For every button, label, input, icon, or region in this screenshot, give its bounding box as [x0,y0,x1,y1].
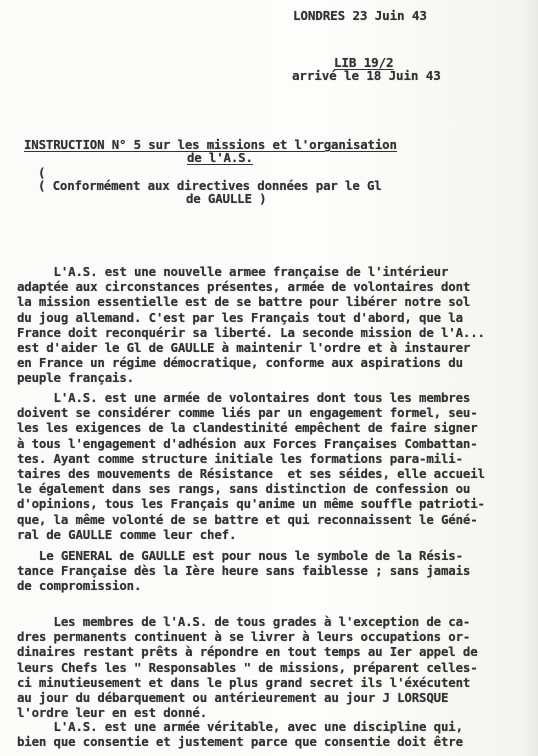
paragraph-2-line: les les exigences de la clandestinité em… [17,420,478,435]
paragraph-5-line: bien que consentie et justement parce qu… [17,734,463,749]
paragraph-4-line: Les membres de l'A.S. de tous grades à l… [17,614,470,629]
paragraph-1-line: peuple français. [17,370,134,385]
paragraph-1-line: la mission essentielle est de se battre … [17,294,470,309]
paragraph-1-line: du joug allemand. C'est par les Français… [17,310,463,325]
paragraph-4-line: leurs Chefs les " Responsables " de miss… [17,660,478,675]
paragraph-1-line: L'A.S. est une nouvelle armee française … [17,264,448,279]
paragraph-4-line: l'ordre leur en est donné. [17,705,207,720]
place-date: LONDRES 23 Juin 43 [293,8,427,23]
paragraph-1-line: France doit reconquérir sa liberté. La s… [17,325,485,340]
paragraph-3-line: de compromission. [17,578,141,593]
paragraph-2-line: que, la même volonté de se battre et qui… [17,512,478,527]
paragraph-1-line: adaptée aux circonstances présentes, arm… [17,279,470,294]
paragraph-2-line: le également dans ses rangs, sans distin… [17,481,470,496]
paragraph-2-line: d'opinions, tous les Français qu'anime u… [17,496,485,511]
paragraph-4-line: dinaires restant prêts à répondre en tou… [17,644,478,659]
paragraph-2-line: ral de GAULLE comme leur chef. [17,527,236,542]
paragraph-2-line: à tous l'engagement d'adhésion aux Force… [17,436,478,451]
paragraph-2-line: L'A.S. est une armée de volontaires dont… [17,390,470,405]
paragraph-3-line: Le GENERAL de GAULLE est pour nous le sy… [17,548,463,563]
paragraph-1-line: est d'aider le Gl de GAULLE à maintenir … [17,340,470,355]
paragraph-4-line: au jour du débarquement ou antérieuremen… [17,690,448,705]
received-date: arrivé le 18 Juin 43 [292,68,441,83]
paragraph-5-line: L'A.S. est une armée véritable, avec une… [17,719,463,734]
document-page: LONDRES 23 Juin 43 LIB 19/2 arrivé le 18… [0,0,538,756]
paragraph-2-line: tes. Ayant comme structure initiale les … [17,451,463,466]
paragraph-3-line: tance Française dès la Ière heure sans f… [17,563,470,578]
title-line-2: de l'A.S. [187,150,253,165]
paragraph-4-line: ci minutieusement et dans le plus grand … [17,675,470,690]
paragraph-4-line: dres permanents continuent à se livrer à… [17,629,470,644]
paragraph-2-line: taires des mouvements de Résistance et s… [17,466,485,481]
subtitle-line-2: de GAULLE ) [186,191,266,206]
paragraph-1-line: en France un régime démocratique, confor… [17,355,463,370]
paragraph-2-line: doivent se considérer comme liés par un … [17,405,478,420]
